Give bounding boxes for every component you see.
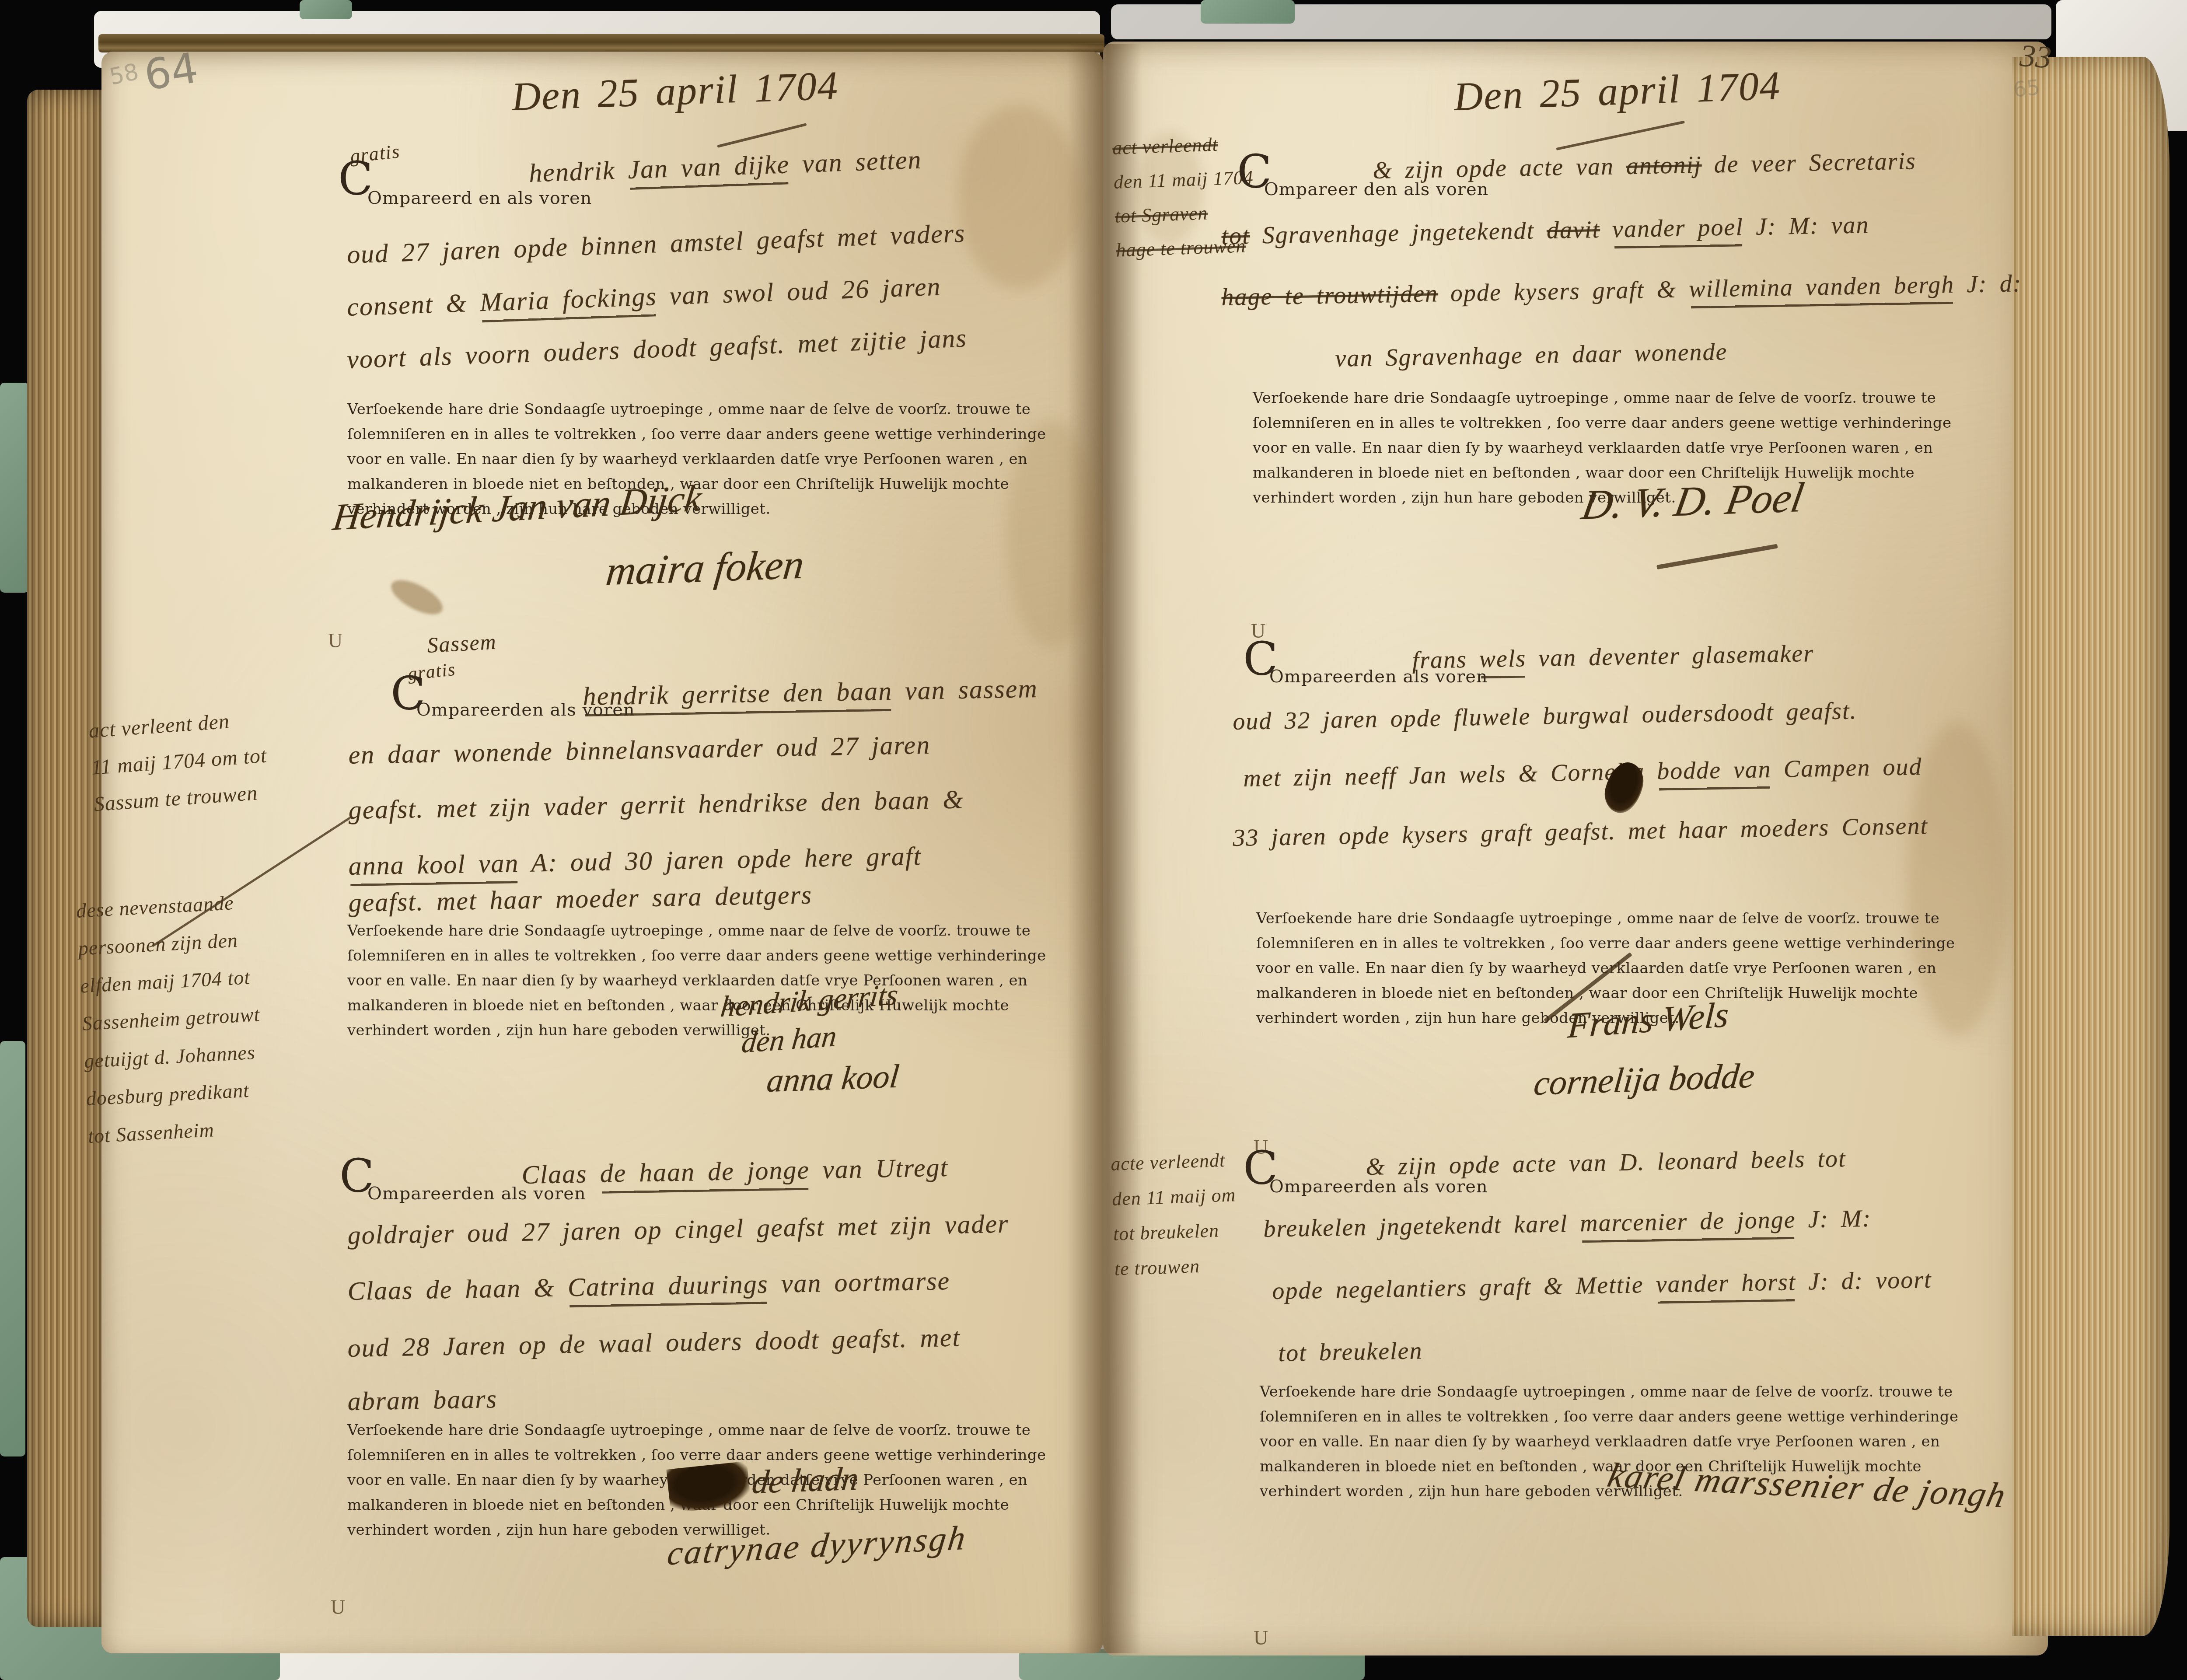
formula-line: ſolemniſeren en in alles te voltrekken ,… bbox=[1256, 931, 1955, 956]
signature-bride: maira foken bbox=[604, 541, 807, 595]
margin-line: den 11 maij om bbox=[1111, 1177, 1237, 1217]
signature-groom-2: den han bbox=[740, 1019, 838, 1060]
signature-bride: cornelija bodde bbox=[1532, 1056, 1757, 1104]
margin-line: den 11 maij 1704 bbox=[1113, 161, 1254, 199]
margin-line: te trouwen bbox=[1114, 1247, 1239, 1287]
margin-note-acte: acte verleendt den 11 maij om tot breuke… bbox=[1110, 1142, 1239, 1287]
green-cloth-left-lower bbox=[0, 1041, 25, 1456]
book-gutter-shadow bbox=[1067, 44, 1142, 1653]
entry-line: tot breukelen bbox=[1278, 1337, 1423, 1367]
signature-bride: anna kool bbox=[765, 1057, 901, 1100]
formula-line: Verſoekende hare drie Sondaagſe uytroepi… bbox=[347, 919, 1046, 943]
printed-banns-formula: Verſoekende hare drie Sondaagſe uytroepi… bbox=[347, 919, 1046, 1043]
margin-line: tot breukelen bbox=[1113, 1212, 1238, 1252]
signature-groom: D. V. D. Poel bbox=[1578, 472, 1807, 529]
book-top-gilded-edge bbox=[98, 34, 1104, 52]
formula-line: Verſoekende hare drie Sondaagſe uytroepi… bbox=[1256, 906, 1955, 931]
formula-line: ſolemniſeren en in alles te voltrekken ,… bbox=[1253, 411, 1952, 436]
green-cloth-patch-top1 bbox=[300, 0, 352, 19]
formula-line: ſolemniſeren en in alles te voltrekken ,… bbox=[347, 422, 1046, 447]
quire-mark: U bbox=[1254, 1626, 1268, 1649]
green-cloth-patch-top2 bbox=[1201, 0, 1295, 24]
formula-line: verhindert worden , zijn hun hare gebode… bbox=[347, 1018, 1046, 1043]
formula-line: Verſoekende hare drie Sondaagſe uytroepi… bbox=[347, 397, 1046, 422]
formula-line: voor en valle. En naar dien ſy by waarhe… bbox=[1253, 436, 1952, 461]
margin-note-acte: act verleent den 11 maij 1704 om tot Sas… bbox=[87, 701, 271, 823]
formula-line: ſolemniſeren en in alles te voltrekken ,… bbox=[347, 943, 1046, 968]
formula-line: voor en valle. En naar dien ſy by waarhe… bbox=[1260, 1429, 1959, 1454]
margin-line: act verleendt bbox=[1112, 126, 1253, 165]
page-number-pencil-faint-right: 65 bbox=[2012, 75, 2041, 102]
page-number-pencil-left: 64 bbox=[141, 43, 201, 100]
quire-mark: U bbox=[328, 629, 342, 652]
formula-line: voor en valle. En naar dien ſy by waarhe… bbox=[1256, 956, 1955, 981]
formula-line: Verſoekende hare drie Sondaagſe uytroepi… bbox=[1260, 1380, 1959, 1404]
formula-line: ſolemniſeren en in alles te voltrekken ,… bbox=[1260, 1404, 1959, 1429]
compareerden-label: Ompareerd en als voren bbox=[367, 188, 592, 208]
page-stack-right-edge bbox=[2012, 57, 2170, 1636]
formula-line: Verſoekende hare drie Sondaagſe uytroepi… bbox=[1253, 386, 1952, 411]
place-note-sassem: Sassem bbox=[426, 629, 497, 658]
quire-mark: U bbox=[331, 1596, 345, 1619]
page-number-ink-right: 33 bbox=[2019, 38, 2053, 76]
margin-line: acte verleendt bbox=[1110, 1142, 1235, 1182]
formula-line: voor en valle. En naar dien ſy by waarhe… bbox=[347, 447, 1046, 472]
formula-line: Verſoekende hare drie Sondaagſe uytroepi… bbox=[347, 1418, 1046, 1443]
formula-line: ſolemniſeren en in alles te voltrekken ,… bbox=[347, 1443, 1046, 1468]
ink-blot bbox=[666, 1461, 751, 1513]
green-cloth-left-upper bbox=[0, 383, 29, 593]
formula-line: malkanderen in bloede niet en beſtonden … bbox=[347, 993, 1046, 1018]
page-stack-left-edge bbox=[27, 90, 104, 1627]
formula-line: voor en valle. En naar dien ſy by waarhe… bbox=[347, 968, 1046, 993]
margin-note-trouw: dese nevenstaande persoonen zijn den elf… bbox=[75, 883, 267, 1155]
entry-line: abram baars bbox=[347, 1384, 498, 1417]
